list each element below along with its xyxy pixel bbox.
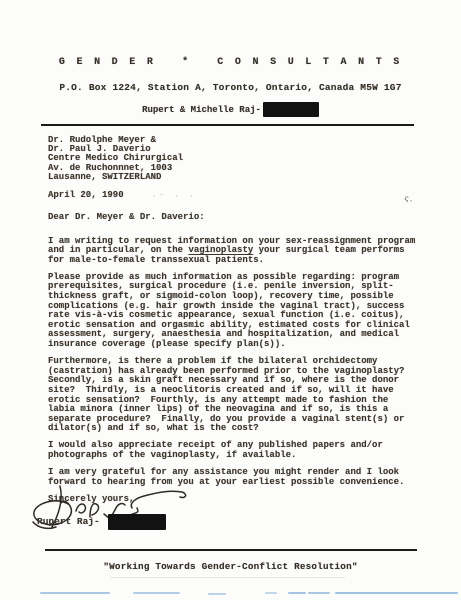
footer-motto: "Working Towards Gender-Conflict Resolut… bbox=[0, 561, 461, 572]
scan-artifact-blue-streak bbox=[308, 592, 330, 594]
signer-name: Rupert Raj- bbox=[37, 516, 100, 527]
salutation: Dear Dr. Meyer & Dr. Daverio: bbox=[48, 213, 434, 223]
letterhead-names: Rupert & Michelle Raj- bbox=[142, 105, 261, 115]
redaction-box-signature bbox=[108, 514, 166, 530]
underlined-term: vaginoplasty bbox=[188, 245, 253, 255]
scan-artifact-blue-streak bbox=[288, 592, 306, 594]
scan-artifact-blue-streak bbox=[265, 592, 277, 594]
letter-body: Dear Dr. Meyer & Dr. Daverio: I am writi… bbox=[48, 213, 434, 512]
letter-date: April 20, 1990 bbox=[48, 190, 124, 200]
letterhead-names-row: Rupert & Michelle Raj- bbox=[0, 102, 461, 117]
paragraph-1: I am writing to request information on y… bbox=[48, 237, 434, 266]
paragraph-3: Furthermore, is there a problem if the b… bbox=[48, 357, 434, 434]
scanned-letter-page: G E N D E R * C O N S U L T A N T S P.O.… bbox=[0, 0, 461, 600]
letterhead-address: P.O. Box 1224, Station A, Toronto, Ontar… bbox=[0, 82, 461, 93]
paragraph-2: Please provide as much information as po… bbox=[48, 273, 434, 350]
scan-artifact-blue-streak bbox=[40, 592, 110, 594]
scan-artifact-blue-streak bbox=[335, 592, 458, 594]
letterhead-divider-rule bbox=[41, 124, 414, 126]
recipient-address-block: Dr. Rudolphe Meyer & Dr. Paul J. Daverio… bbox=[48, 136, 183, 182]
signature-line: Rupert Raj- bbox=[37, 514, 166, 530]
scan-artifact-smudge: ς. bbox=[403, 194, 414, 204]
footer-rule bbox=[45, 549, 417, 551]
scan-artifact-blue-streak bbox=[208, 593, 226, 595]
paragraph-4: I would also appreciate receipt of any p… bbox=[48, 441, 434, 460]
date-line: April 20, 1990 .- . . bbox=[48, 190, 196, 200]
scan-artifact-gray-streak bbox=[110, 577, 345, 578]
letterhead-brand: G E N D E R * C O N S U L T A N T S bbox=[0, 57, 461, 68]
scan-artifact-dots: .- . . bbox=[152, 190, 196, 200]
redaction-box-header bbox=[263, 102, 319, 117]
scan-artifact-blue-streak bbox=[133, 592, 180, 594]
